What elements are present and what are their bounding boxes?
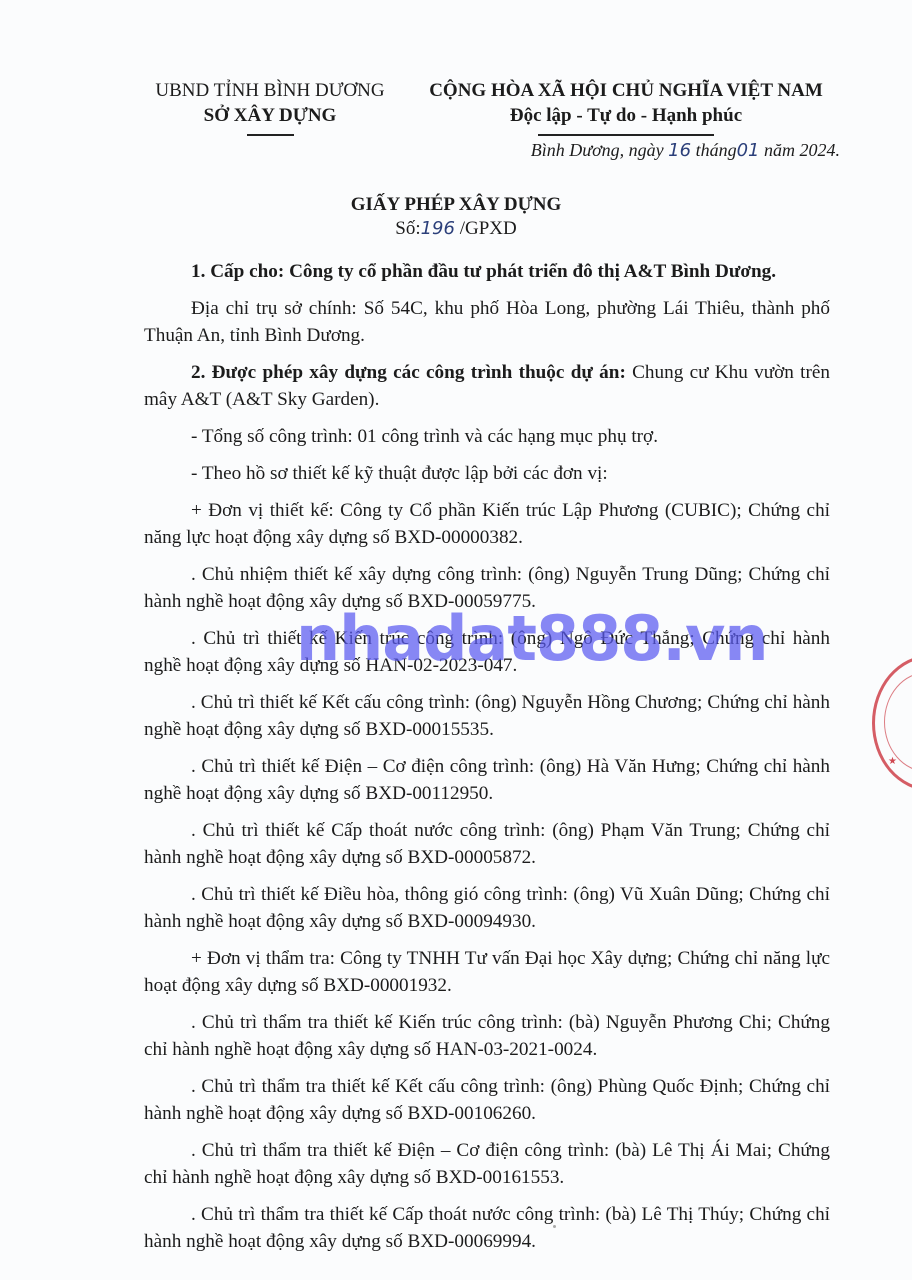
authority-name: UBND TỈNH BÌNH DƯƠNG xyxy=(140,78,400,103)
document-body: 1. Cấp cho: Công ty cổ phần đầu tư phát … xyxy=(144,258,830,1265)
recipient-address: Địa chỉ trụ sở chính: Số 54C, khu phố Hò… xyxy=(144,295,830,349)
document-title: GIẤY PHÉP XÂY DỰNG xyxy=(0,194,912,216)
number-prefix: Số: xyxy=(395,218,420,239)
list-item: . Chủ trì thẩm tra thiết kế Điện – Cơ đi… xyxy=(144,1137,830,1191)
national-heading: CỘNG HÒA XÃ HỘI CHỦ NGHĨA VIỆT NAM Độc l… xyxy=(410,78,842,136)
list-item: . Chủ trì thẩm tra thiết kế Cấp thoát nư… xyxy=(144,1201,830,1255)
number-value: 196 xyxy=(421,218,455,239)
list-item: . Chủ trì thiết kế Kết cấu công trình: (… xyxy=(144,689,830,743)
seal-star-icon: ★ xyxy=(888,756,897,767)
list-item: . Chủ trì thiết kế Kiến trúc công trình:… xyxy=(144,625,830,679)
list-item: . Chủ nhiệm thiết kế xây dựng công trình… xyxy=(144,561,830,615)
section-2-label: 2. Được phép xây dựng các công trình thu… xyxy=(191,362,626,383)
list-item: . Chủ trì thiết kế Điều hòa, thông gió c… xyxy=(144,881,830,935)
list-item: + Đơn vị thiết kế: Công ty Cổ phần Kiến … xyxy=(144,497,830,551)
document-page: UBND TỈNH BÌNH DƯƠNG SỞ XÂY DỰNG CỘNG HÒ… xyxy=(0,0,912,1280)
section-2-project: 2. Được phép xây dựng các công trình thu… xyxy=(144,359,830,413)
date-month: 01 xyxy=(737,140,760,161)
date-day: 16 xyxy=(668,140,691,161)
national-motto: Độc lập - Tự do - Hạnh phúc xyxy=(410,103,842,128)
date-year: năm 2024. xyxy=(764,140,840,160)
date-month-label: tháng xyxy=(696,140,737,160)
scan-speck xyxy=(553,1225,556,1228)
list-item: + Đơn vị thẩm tra: Công ty TNHH Tư vấn Đ… xyxy=(144,945,830,999)
document-number: Số:196 /GPXD xyxy=(0,218,912,240)
list-item: . Chủ trì thẩm tra thiết kế Kiến trúc cô… xyxy=(144,1009,830,1063)
list-item: - Tổng số công trình: 01 công trình và c… xyxy=(144,423,830,450)
issuing-authority: UBND TỈNH BÌNH DƯƠNG SỞ XÂY DỰNG xyxy=(140,78,400,136)
header-right-rule xyxy=(538,134,714,136)
date-place: Bình Dương, ngày xyxy=(531,140,664,160)
list-item: - Theo hồ sơ thiết kế kỹ thuật được lập … xyxy=(144,460,830,487)
department-name: SỞ XÂY DỰNG xyxy=(140,103,400,128)
number-suffix: /GPXD xyxy=(455,218,517,239)
section-1-recipient: 1. Cấp cho: Công ty cổ phần đầu tư phát … xyxy=(144,258,830,285)
header-left-rule xyxy=(247,134,294,136)
date-line: Bình Dương, ngày 16 tháng01 năm 2024. xyxy=(531,140,840,161)
list-item: . Chủ trì thẩm tra thiết kế Kết cấu công… xyxy=(144,1073,830,1127)
list-item: . Chủ trì thiết kế Cấp thoát nước công t… xyxy=(144,817,830,871)
nation-name: CỘNG HÒA XÃ HỘI CHỦ NGHĨA VIỆT NAM xyxy=(410,78,842,103)
list-item: . Chủ trì thiết kế Điện – Cơ điện công t… xyxy=(144,753,830,807)
